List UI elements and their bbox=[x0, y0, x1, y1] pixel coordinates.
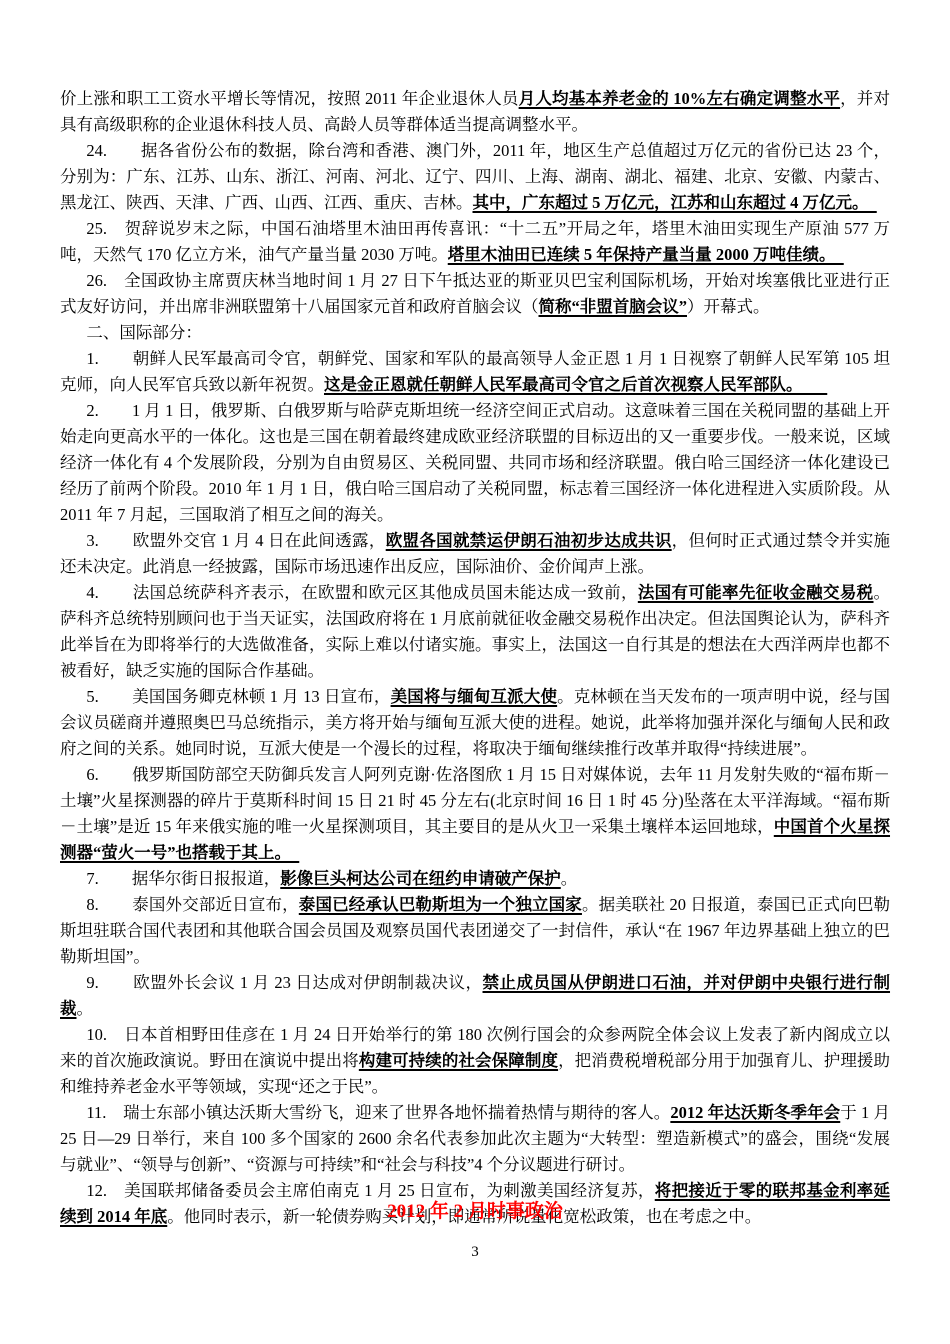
document-body: 价上涨和职工工资水平增长等情况，按照 2011 年企业退休人员月人均基本养老金的… bbox=[60, 86, 890, 1230]
body-text: 8. 泰国外交部近日宣布， bbox=[86, 895, 298, 914]
emphasized-text: 塔里木油田已连续 5 年保持产量当量 2000 万吨佳绩。 bbox=[448, 245, 844, 264]
paragraph: 1. 朝鲜人民军最高司令官，朝鲜党、国家和军队的最高领导人金正恩 1 月 1 日… bbox=[60, 346, 890, 398]
paragraph: 25. 贺辞说岁末之际，中国石油塔里木油田再传喜讯：“十二五”开局之年，塔里木油… bbox=[60, 216, 890, 268]
emphasized-text: 其中，广东超过 5 万亿元，江苏和山东超过 4 万亿元。 bbox=[473, 193, 877, 212]
paragraph: 5. 美国国务卿克林顿 1 月 13 日宣布，美国将与缅甸互派大使。克林顿在当天… bbox=[60, 684, 890, 762]
emphasized-text: 2012 年达沃斯冬季年会 bbox=[670, 1103, 840, 1122]
body-text: ）开幕式。 bbox=[687, 297, 770, 316]
body-text: 9. 欧盟外长会议 1 月 23 日达成对伊朗制裁决议， bbox=[86, 973, 482, 992]
emphasized-text: 泰国已经承认巴勒斯坦为一个独立国家 bbox=[299, 895, 582, 914]
emphasized-text: 月人均基本养老金的 10%左右确定调整水平 bbox=[519, 89, 840, 108]
paragraph: 4. 法国总统萨科齐表示，在欧盟和欧元区其他成员国未能达成一致前，法国有可能率先… bbox=[60, 580, 890, 684]
paragraph: 2. 1 月 1 日，俄罗斯、白俄罗斯与哈萨克斯坦统一经济空间正式启动。这意味着… bbox=[60, 398, 890, 528]
document-page: 价上涨和职工工资水平增长等情况，按照 2011 年企业退休人员月人均基本养老金的… bbox=[0, 0, 950, 1344]
emphasized-text: 欧盟各国就禁运伊朗石油初步达成共识 bbox=[386, 531, 672, 550]
emphasized-text: 这是金正恩就任朝鲜人民军最高司令官之后首次视察人民军部队。 bbox=[324, 375, 827, 394]
paragraph: 9. 欧盟外长会议 1 月 23 日达成对伊朗制裁决议，禁止成员国从伊朗进口石油… bbox=[60, 970, 890, 1022]
emphasized-text: 简称“非盟首脑会议” bbox=[539, 297, 688, 316]
paragraph: 10. 日本首相野田佳彦在 1 月 24 日开始举行的第 180 次例行国会的众… bbox=[60, 1022, 890, 1100]
emphasized-text: 构建可持续的社会保障制度 bbox=[359, 1051, 558, 1070]
section-title: 2012 年 2 月时事政治 bbox=[0, 1196, 950, 1223]
body-text: 。 bbox=[561, 869, 578, 888]
body-text: 价上涨和职工工资水平增长等情况，按照 2011 年企业退休人员 bbox=[60, 89, 519, 108]
body-text: 4. 法国总统萨科齐表示，在欧盟和欧元区其他成员国未能达成一致前， bbox=[86, 583, 637, 602]
body-text: 5. 美国国务卿克林顿 1 月 13 日宣布， bbox=[86, 687, 390, 706]
paragraph: 11. 瑞士东部小镇达沃斯大雪纷飞，迎来了世界各地怀揣着热情与期待的客人。201… bbox=[60, 1100, 890, 1178]
body-text: 2. 1 月 1 日，俄罗斯、白俄罗斯与哈萨克斯坦统一经济空间正式启动。这意味着… bbox=[60, 401, 890, 524]
body-text: 6. 俄罗斯国防部空天防御兵发言人阿列克谢·佐洛图欣 1 月 15 日对媒体说，… bbox=[60, 765, 890, 836]
paragraph: 26. 全国政协主席贾庆林当地时间 1 月 27 日下午抵达亚的斯亚贝巴宝利国际… bbox=[60, 268, 890, 320]
paragraph: 24. 据各省份公布的数据，除台湾和香港、澳门外，2011 年，地区生产总值超过… bbox=[60, 138, 890, 216]
paragraph: 二、国际部分： bbox=[60, 320, 890, 346]
paragraph: 8. 泰国外交部近日宣布，泰国已经承认巴勒斯坦为一个独立国家。据美联社 20 日… bbox=[60, 892, 890, 970]
body-text: 7. 据华尔街日报报道， bbox=[86, 869, 280, 888]
emphasized-text: 法国有可能率先征收金融交易税 bbox=[638, 583, 874, 602]
body-text: 11. 瑞士东部小镇达沃斯大雪纷飞，迎来了世界各地怀揣着热情与期待的客人。 bbox=[86, 1103, 670, 1122]
body-text: 二、国际部分： bbox=[86, 323, 202, 342]
paragraph: 价上涨和职工工资水平增长等情况，按照 2011 年企业退休人员月人均基本养老金的… bbox=[60, 86, 890, 138]
paragraph-list: 价上涨和职工工资水平增长等情况，按照 2011 年企业退休人员月人均基本养老金的… bbox=[60, 86, 890, 1230]
paragraph: 7. 据华尔街日报报道，影像巨头柯达公司在纽约申请破产保护。 bbox=[60, 866, 890, 892]
body-text: 。 bbox=[77, 999, 94, 1018]
emphasized-text: 美国将与缅甸互派大使 bbox=[391, 687, 558, 706]
emphasized-text: 影像巨头柯达公司在纽约申请破产保护 bbox=[280, 869, 561, 888]
paragraph: 6. 俄罗斯国防部空天防御兵发言人阿列克谢·佐洛图欣 1 月 15 日对媒体说，… bbox=[60, 762, 890, 866]
page-number: 3 bbox=[0, 1244, 950, 1261]
body-text: 3. 欧盟外交官 1 月 4 日在此间透露， bbox=[86, 531, 385, 550]
paragraph: 3. 欧盟外交官 1 月 4 日在此间透露，欧盟各国就禁运伊朗石油初步达成共识，… bbox=[60, 528, 890, 580]
